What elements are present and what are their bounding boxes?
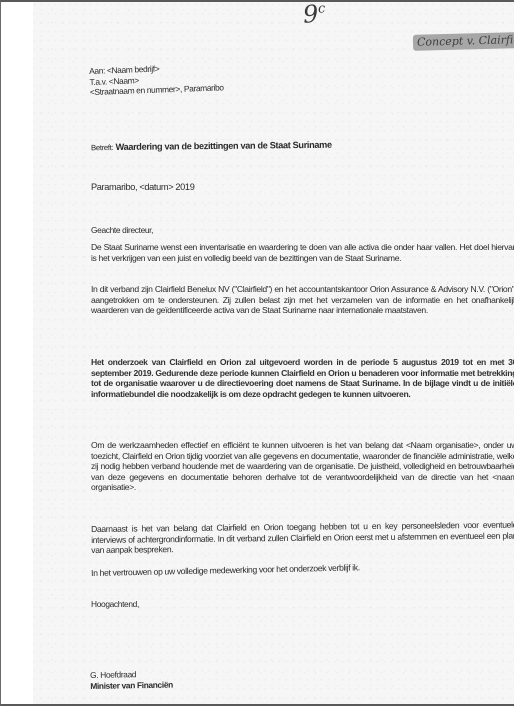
- signatory-title: Minister van Financiën: [90, 680, 173, 692]
- concept-stamp: Concept v. Clairfield: [413, 31, 514, 51]
- paragraph-period: Het onderzoek van Clairfield en Orion za…: [91, 357, 514, 399]
- subject-line: Betreft: Waardering van de bezittingen v…: [91, 140, 332, 153]
- recipient-address: Aan: <Naam bedrijf> T.a.v. <Naam> <Straa…: [89, 61, 224, 97]
- signatory: G. Hoefdraad Minister van Financiën: [90, 669, 173, 692]
- handwritten-page-mark: 9c: [302, 0, 326, 29]
- subject-label: Betreft:: [91, 143, 113, 152]
- salutation: Geachte directeur,: [91, 225, 153, 235]
- closing-sentence: In het vertrouwen op uw volledige medewe…: [91, 562, 360, 578]
- paragraph-engagement: In dit verband zijn Clairfield Benelux N…: [91, 284, 514, 316]
- document-viewer-frame: 9c Concept v. Clairfield Aan: <Naam bedr…: [0, 0, 514, 706]
- scanned-letter-page: 9c Concept v. Clairfield Aan: <Naam bedr…: [33, 2, 514, 706]
- paragraph-intro: De Staat Suriname wenst een inventarisat…: [91, 242, 514, 263]
- date-line: Paramaribo, <datum> 2019: [91, 182, 194, 192]
- paragraph-responsibilities: Om de werkzaamheden effectief en efficië…: [91, 440, 514, 493]
- regards: Hoogachtend,: [91, 599, 139, 609]
- subject-text: Waardering van de bezittingen van de Sta…: [115, 140, 331, 152]
- paragraph-access: Daarnaast is het van belang dat Clairfie…: [91, 520, 514, 556]
